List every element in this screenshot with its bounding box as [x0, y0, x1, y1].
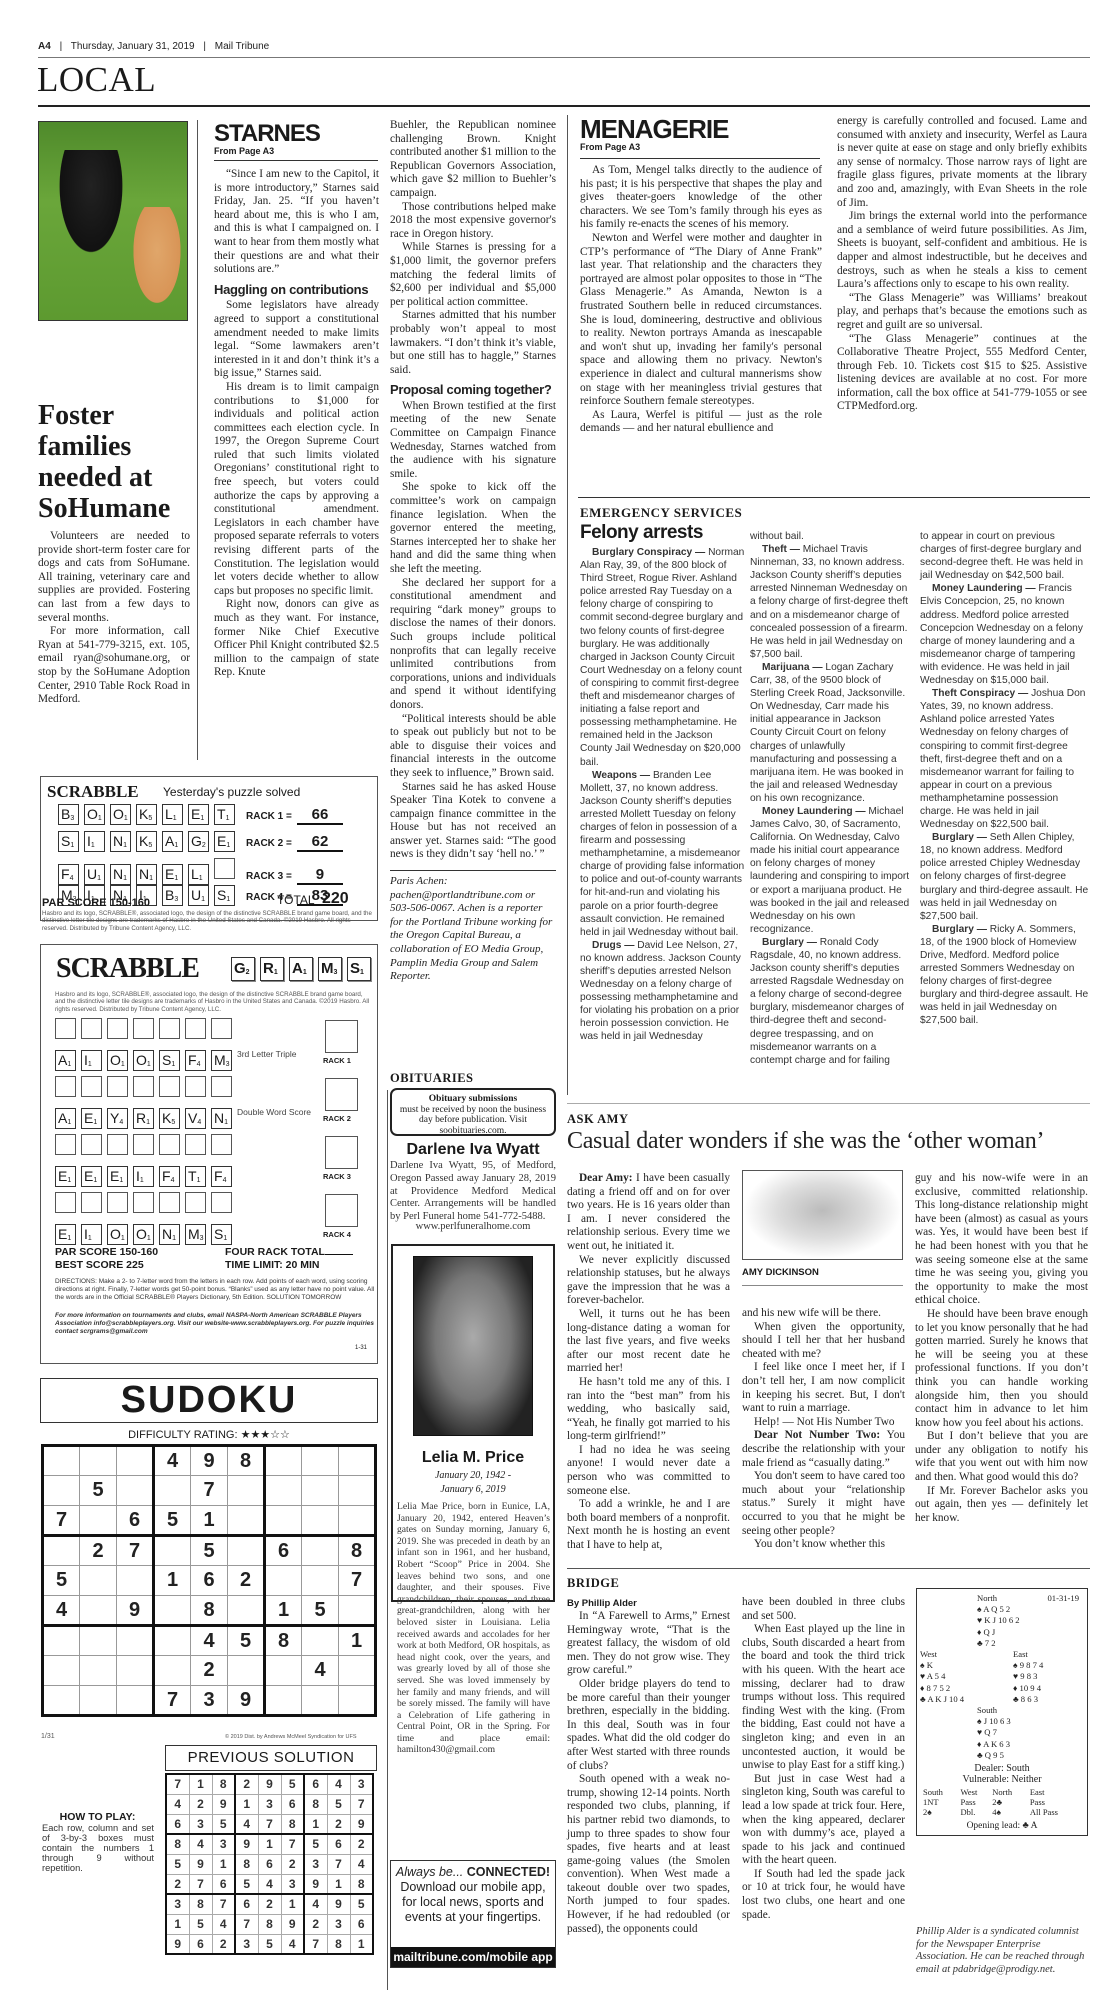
grams-more-info: For more information on tournaments and … — [55, 1312, 375, 1336]
amy-kicker: ASK AMY — [567, 1112, 629, 1127]
solution-cell: 9 — [350, 1814, 373, 1834]
auction-bid: 2♣ — [992, 1797, 1030, 1807]
letter-tile: I1 — [133, 1166, 154, 1187]
answer-tile[interactable] — [185, 1018, 206, 1039]
sudoku-cell: 5 — [154, 1506, 191, 1536]
sudoku-cell[interactable] — [43, 1656, 80, 1686]
sudoku-cell[interactable] — [80, 1626, 117, 1656]
solution-cell: 7 — [189, 1874, 212, 1894]
solution-cell: 1 — [212, 1854, 235, 1874]
bridge-tagline: Phillip Alder is a syndicated columnist … — [916, 1926, 1088, 1976]
letter-tile: A1 — [162, 831, 183, 852]
solution-cell: 2 — [350, 1834, 373, 1854]
mobile-app-url[interactable]: mailtribune.com/mobile app — [391, 1947, 555, 1967]
west-hand: West ♠ K ♥ A 5 4 ♦ 8 7 5 2 ♣ A K J 10 4 — [920, 1649, 964, 1705]
sudoku-cell[interactable] — [43, 1536, 80, 1566]
sudoku-cell[interactable] — [265, 1476, 302, 1506]
divider — [742, 1285, 903, 1286]
solution-cell: 2 — [212, 1934, 235, 1954]
solution-cell: 2 — [327, 1814, 350, 1834]
bridge-col1: In “A Farewell to Arms,” Ernest Hemingwa… — [567, 1610, 730, 1936]
sudoku-cell[interactable] — [302, 1566, 339, 1596]
solution-row: 276543918 — [166, 1874, 373, 1894]
amy-col3: guy and his now-wife were in an exclusiv… — [915, 1172, 1088, 1525]
letter-tile: A1 — [55, 1050, 76, 1071]
sudoku-cell: 9 — [191, 1446, 228, 1476]
letter-tile: I1 — [81, 1224, 102, 1245]
starnes-jump: From Page A3 — [214, 146, 274, 156]
letter-tile: S1 — [214, 885, 235, 906]
solution-row: 429136857 — [166, 1794, 373, 1814]
sudoku-cell: 5 — [43, 1566, 80, 1596]
bridge-diagram: North ♠ A Q 5 2 ♥ K J 10 6 2 ♦ Q J ♣ 7 2… — [916, 1588, 1088, 1836]
solution-row: 154789236 — [166, 1914, 373, 1934]
grams-rack-block: A1I1O1O1S1F4M33rd Letter TripleRACK 1 — [55, 1018, 375, 1071]
rack-score: 66 — [297, 806, 343, 825]
difficulty-stars-icon: ★★★☆☆ — [241, 1429, 290, 1441]
solution-cell: 1 — [281, 1894, 304, 1914]
obit-price-text: Lelia Mae Price, born in Eunice, LA, Jan… — [397, 1501, 550, 1756]
answer-tile[interactable] — [211, 1018, 232, 1039]
answer-tile[interactable] — [55, 1076, 76, 1097]
answer-tile[interactable] — [133, 1018, 154, 1039]
solution-cell: 3 — [304, 1854, 327, 1874]
sudoku-cell: 6 — [265, 1536, 302, 1566]
solution-cell: 8 — [189, 1894, 212, 1914]
starnes-col1: “Since I am new to the Capitol, it is mo… — [214, 168, 379, 680]
letter-tile: F4 — [159, 1166, 180, 1187]
solution-cell: 5 — [189, 1914, 212, 1934]
sudoku-cell[interactable] — [265, 1566, 302, 1596]
sudoku-cell[interactable] — [302, 1626, 339, 1656]
rack-score-box[interactable] — [325, 1194, 358, 1227]
scrabble-subtitle: Yesterday's puzzle solved — [163, 785, 300, 799]
solution-cell: 5 — [327, 1794, 350, 1814]
solution-cell: 7 — [350, 1794, 373, 1814]
solution-cell: 6 — [235, 1894, 258, 1914]
amy-photo-caption: AMY DICKINSON — [742, 1267, 819, 1278]
solution-cell: 4 — [212, 1914, 235, 1934]
folio-line: A4 | Thursday, January 31, 2019 | Mail T… — [38, 41, 269, 52]
answer-tile[interactable] — [107, 1134, 128, 1155]
auction-seat: North — [992, 1787, 1030, 1797]
sudoku-cell[interactable] — [302, 1506, 339, 1536]
foster-headline: Foster families needed at SoHumane — [38, 400, 193, 524]
amy-col1: Dear Amy: I have been casually dating a … — [567, 1172, 730, 1553]
menagerie-jump: From Page A3 — [580, 142, 640, 152]
grams-title-tiles: G2R1A1M3S1 — [231, 957, 376, 981]
sudoku-row: 51627 — [43, 1566, 376, 1596]
solution-cell: 4 — [166, 1794, 189, 1814]
rack-label: RACK 3 — [323, 1172, 351, 1181]
letter-tile: O1 — [107, 1224, 128, 1245]
starnes-kicker: STARNES — [214, 120, 320, 148]
solution-cell: 3 — [212, 1834, 235, 1854]
sudoku-cell[interactable] — [339, 1656, 376, 1686]
letter-tile: L1 — [188, 864, 209, 885]
solution-cell: 4 — [304, 1894, 327, 1914]
answer-tile[interactable] — [55, 1192, 76, 1213]
sudoku-cell: 6 — [191, 1566, 228, 1596]
sudoku-cell[interactable] — [80, 1566, 117, 1596]
sudoku-cell[interactable] — [339, 1476, 376, 1506]
sudoku-cell[interactable] — [339, 1596, 376, 1626]
sudoku-title: SUDOKU — [40, 1378, 378, 1423]
sudoku-cell[interactable] — [339, 1686, 376, 1716]
grams-legal: Hasbro and its logo, SCRABBLE®, associat… — [55, 991, 373, 1013]
letter-tile: S1 — [211, 1224, 232, 1245]
sudoku-cell[interactable] — [228, 1596, 265, 1626]
scrabble-rack-row: S1I1N1K5A1G2E1RACK 2 = 62 — [58, 831, 343, 852]
letter-tile: O1 — [110, 804, 131, 825]
rack-label: RACK 3 = — [246, 871, 292, 882]
page-number: A4 — [38, 41, 51, 52]
solution-cell: 3 — [327, 1914, 350, 1934]
auction-header: SouthWestNorthEast — [923, 1787, 1083, 1797]
letter-tile: E1 — [55, 1166, 76, 1187]
sudoku-cell[interactable] — [117, 1626, 154, 1656]
letter-tile: K5 — [159, 1108, 180, 1129]
solution-cell: 6 — [281, 1794, 304, 1814]
solution-cell: 6 — [304, 1774, 327, 1794]
sudoku-cell[interactable] — [154, 1626, 191, 1656]
scrabble-rack-row: B3O1O1K5L1E1T1RACK 1 = 66 — [58, 804, 343, 825]
grams-title-tile: R1 — [260, 957, 284, 981]
letter-tile: E1 — [81, 1166, 102, 1187]
solution-row: 962354781 — [166, 1934, 373, 1954]
sudoku-cell: 8 — [339, 1536, 376, 1566]
letter-tile: I1 — [84, 831, 105, 852]
obit-price-dates: January 20, 1942 - January 6, 2019 — [391, 1469, 555, 1497]
solution-cell: 7 — [258, 1814, 281, 1834]
sudoku-cell[interactable] — [265, 1686, 302, 1716]
sudoku-row: 24 — [43, 1656, 376, 1686]
scrabble-par: PAR SCORE 150-160 — [42, 897, 150, 909]
answer-tile[interactable] — [211, 1192, 232, 1213]
solution-cell: 7 — [327, 1854, 350, 1874]
solution-cell: 1 — [350, 1934, 373, 1954]
sudoku-cell[interactable] — [117, 1476, 154, 1506]
letter-tile: N1 — [110, 831, 131, 852]
solution-cell: 9 — [327, 1894, 350, 1914]
solution-cell: 1 — [327, 1874, 350, 1894]
scrabble-total: 220 — [322, 890, 349, 908]
letter-tile: U1 — [188, 885, 209, 906]
sudoku-cell[interactable] — [339, 1446, 376, 1476]
letter-tile: N1 — [136, 864, 157, 885]
solution-cell: 6 — [350, 1914, 373, 1934]
menagerie-col1: As Tom, Mengel talks directly to the aud… — [580, 164, 822, 436]
sudoku-cell: 2 — [80, 1536, 117, 1566]
solution-cell: 2 — [166, 1874, 189, 1894]
obit-price-name: Lelia M. Price — [391, 1449, 555, 1467]
sudoku-cell: 8 — [191, 1596, 228, 1626]
answer-tile[interactable] — [159, 1192, 180, 1213]
grams-title-tile: S1 — [347, 957, 371, 981]
letter-tile: E1 — [81, 1108, 102, 1129]
sudoku-row: 498 — [43, 1446, 376, 1476]
sudoku-cell: 5 — [191, 1536, 228, 1566]
answer-tile[interactable] — [185, 1076, 206, 1097]
sudoku-cell[interactable] — [117, 1446, 154, 1476]
sudoku-row: 739 — [43, 1686, 376, 1716]
answer-tile[interactable] — [185, 1134, 206, 1155]
column-rule — [197, 120, 198, 760]
solution-cell: 1 — [304, 1814, 327, 1834]
answer-tile[interactable] — [133, 1134, 154, 1155]
sudoku-credit: © 2019 Dist. by Andrews McMeel Syndicati… — [225, 1734, 357, 1740]
sudoku-cell[interactable] — [265, 1656, 302, 1686]
grams-rack-block: A1E1Y4R1K5V4N1Double Word ScoreRACK 2 — [55, 1076, 375, 1129]
grams-totals: FOUR RACK TOTAL TIME LIMIT: 20 MIN — [225, 1246, 353, 1272]
letter-tile: O1 — [107, 1050, 128, 1071]
solution-cell: 8 — [166, 1834, 189, 1854]
solution-cell: 6 — [166, 1814, 189, 1834]
sudoku-cell[interactable] — [117, 1686, 154, 1716]
solution-cell: 5 — [258, 1934, 281, 1954]
letter-tile: O1 — [133, 1050, 154, 1071]
solution-cell: 7 — [166, 1774, 189, 1794]
rack-score-box[interactable] — [325, 1020, 358, 1053]
answer-tile[interactable] — [81, 1076, 102, 1097]
letter-tile: E1 — [55, 1224, 76, 1245]
solution-cell: 4 — [350, 1854, 373, 1874]
sudoku-cell: 1 — [265, 1596, 302, 1626]
auction-seat: West — [961, 1787, 993, 1797]
sudoku-cell[interactable] — [154, 1536, 191, 1566]
rack-label: RACK 2 = — [246, 838, 292, 849]
solution-cell: 1 — [166, 1914, 189, 1934]
grams-rack-block: E1E1E1I1F4T1F4RACK 3 — [55, 1134, 375, 1187]
sudoku-cell: 1 — [191, 1506, 228, 1536]
sudoku-cell[interactable] — [43, 1476, 80, 1506]
auction-bid: Pass — [1030, 1797, 1083, 1807]
solution-cell: 8 — [258, 1914, 281, 1934]
answer-tile[interactable] — [211, 1076, 232, 1097]
letter-tile: E1 — [188, 804, 209, 825]
sudoku-cell: 4 — [191, 1626, 228, 1656]
sudoku-cell[interactable] — [302, 1446, 339, 1476]
sudoku-cell[interactable] — [228, 1656, 265, 1686]
menagerie-col2: energy is carefully controlled and focus… — [837, 115, 1087, 414]
rack-bonus-note: Double Word Score — [237, 1108, 277, 1117]
solution-cell: 2 — [235, 1774, 258, 1794]
answer-tile[interactable] — [211, 1134, 232, 1155]
sudoku-row: 27568 — [43, 1536, 376, 1566]
scrabble-logo: SCRABBLE — [47, 782, 139, 802]
solution-cell: 6 — [258, 1854, 281, 1874]
solution-cell: 3 — [281, 1874, 304, 1894]
grams-scores: PAR SCORE 150-160 BEST SCORE 225 — [55, 1246, 158, 1272]
divider — [38, 57, 1090, 58]
south-hand: South ♠ J 10 6 3 ♥ Q 7 ♦ A K 6 3 ♣ Q 9 5 — [977, 1705, 1011, 1761]
answer-tile[interactable] — [107, 1018, 128, 1039]
arrests-col2: without bail. Theft — Michael Travis Nin… — [750, 530, 910, 1067]
sudoku-cell[interactable] — [228, 1506, 265, 1536]
how-to-play-title: HOW TO PLAY: — [40, 1811, 155, 1823]
solution-cell: 3 — [235, 1934, 258, 1954]
letter-tile: L1 — [162, 804, 183, 825]
sudoku-cell[interactable] — [339, 1506, 376, 1536]
auction-bid: 2♠ — [923, 1807, 961, 1817]
sudoku-cell: 1 — [339, 1626, 376, 1656]
letter-tile: F4 — [58, 864, 79, 885]
sudoku-cell[interactable] — [154, 1596, 191, 1626]
sudoku-cell[interactable] — [80, 1506, 117, 1536]
sudoku-cell: 9 — [228, 1686, 265, 1716]
letter-tile: G2 — [188, 831, 209, 852]
opening-lead: Opening lead: ♣ A — [917, 1821, 1087, 1832]
solution-cell: 3 — [350, 1774, 373, 1794]
sudoku-cell[interactable] — [265, 1506, 302, 1536]
letter-tile: K5 — [136, 831, 157, 852]
rack-label: RACK 4 — [323, 1230, 351, 1239]
letter-tile: S1 — [58, 831, 79, 852]
solution-cell: 7 — [212, 1894, 235, 1914]
sudoku-cell: 1 — [154, 1566, 191, 1596]
answer-tile[interactable] — [133, 1192, 154, 1213]
sudoku-cell[interactable] — [43, 1446, 80, 1476]
answer-tile[interactable] — [159, 1134, 180, 1155]
sudoku-row: 7651 — [43, 1506, 376, 1536]
bridge-kicker: BRIDGE — [567, 1576, 619, 1591]
sudoku-cell[interactable] — [80, 1686, 117, 1716]
letter-tile: N1 — [211, 1108, 232, 1129]
divider — [214, 160, 378, 161]
auction-row: 1NTPass2♣Pass — [923, 1797, 1083, 1807]
sudoku-cell[interactable] — [228, 1476, 265, 1506]
solution-cell: 7 — [235, 1914, 258, 1934]
sudoku-cell[interactable] — [265, 1446, 302, 1476]
solution-cell: 2 — [258, 1894, 281, 1914]
solution-cell: 1 — [258, 1834, 281, 1854]
solution-cell: 9 — [258, 1774, 281, 1794]
answer-tile[interactable] — [81, 1192, 102, 1213]
letter-tile: N1 — [110, 864, 131, 885]
solution-cell: 3 — [189, 1814, 212, 1834]
answer-tile[interactable] — [159, 1076, 180, 1097]
solution-cell: 5 — [350, 1894, 373, 1914]
sudoku-grid: 498577651275685162749815458124739 — [41, 1444, 377, 1717]
answer-tile[interactable] — [81, 1018, 102, 1039]
sudoku-cell[interactable] — [302, 1536, 339, 1566]
sudoku-cell: 7 — [339, 1566, 376, 1596]
answer-tile[interactable] — [185, 1192, 206, 1213]
mobile-app-ad[interactable]: Always be... CONNECTED! Download our mob… — [390, 1860, 556, 1968]
pets-photo — [38, 121, 188, 321]
auction-seat: South — [923, 1787, 961, 1797]
letter-tile: V4 — [185, 1108, 206, 1129]
grams-rack-block: E1I1O1O1N1M3S1RACK 4 — [55, 1192, 375, 1245]
solution-cell: 4 — [189, 1834, 212, 1854]
sudoku-cell[interactable] — [43, 1626, 80, 1656]
solution-cell: 6 — [212, 1874, 235, 1894]
letter-tile: E1 — [214, 831, 235, 852]
solution-cell: 8 — [235, 1854, 258, 1874]
sudoku-cell[interactable] — [80, 1656, 117, 1686]
divider — [578, 497, 1090, 498]
amy-photo — [742, 1170, 903, 1260]
answer-tile[interactable] — [107, 1076, 128, 1097]
sudoku-cell[interactable] — [80, 1446, 117, 1476]
how-to-play-text: Each row, column and set of 3-by-3 boxes… — [42, 1823, 154, 1873]
auction-bid: 4♠ — [992, 1807, 1030, 1817]
solution-cell: 6 — [189, 1934, 212, 1954]
solution-cell: 9 — [304, 1874, 327, 1894]
obituary-notice: Obituary submissions must be received by… — [390, 1088, 556, 1136]
sudoku-cell: 7 — [154, 1686, 191, 1716]
solution-cell: 5 — [212, 1814, 235, 1834]
solution-cell: 9 — [212, 1794, 235, 1814]
solution-cell: 4 — [258, 1874, 281, 1894]
letter-tile: O1 — [133, 1224, 154, 1245]
letter-tile: M3 — [185, 1224, 206, 1245]
diagram-date: 01-31-19 — [1047, 1593, 1079, 1604]
sudoku-cell[interactable] — [228, 1536, 265, 1566]
solution-cell: 3 — [166, 1894, 189, 1914]
sudoku-cell[interactable] — [117, 1566, 154, 1596]
rack-score-box[interactable] — [325, 1136, 358, 1169]
solution-cell: 9 — [281, 1914, 304, 1934]
answer-tile[interactable] — [159, 1018, 180, 1039]
divider — [580, 158, 820, 159]
answer-tile[interactable] — [107, 1192, 128, 1213]
issue-date: Thursday, January 31, 2019 — [71, 41, 195, 52]
sudoku-cell[interactable] — [302, 1476, 339, 1506]
east-hand: East ♠ 9 8 7 4 ♥ 9 8 3 ♦ 10 9 4 ♣ 8 6 3 — [1013, 1649, 1043, 1705]
bridge-col2: have been doubled in three clubs and set… — [742, 1596, 905, 1922]
solution-cell: 8 — [327, 1934, 350, 1954]
solution-cell: 2 — [304, 1914, 327, 1934]
sudoku-cell[interactable] — [154, 1476, 191, 1506]
solution-row: 843917562 — [166, 1834, 373, 1854]
previous-solution-grid: 7182956434291368576354781298439175625918… — [165, 1773, 374, 1955]
answer-tile[interactable] — [55, 1018, 76, 1039]
rack-label: RACK 1 — [323, 1056, 351, 1065]
rack-score-box[interactable] — [325, 1078, 358, 1111]
sudoku-cell[interactable] — [302, 1686, 339, 1716]
sudoku-cell[interactable] — [80, 1596, 117, 1626]
solution-row: 591862374 — [166, 1854, 373, 1874]
sudoku-cell[interactable] — [154, 1656, 191, 1686]
obit-wyatt-name: Darlene Iva Wyatt — [390, 1141, 556, 1159]
solution-cell: 1 — [189, 1774, 212, 1794]
grams-logo: SCRABBLE — [56, 953, 199, 985]
emergency-kicker: EMERGENCY SERVICES — [580, 505, 742, 521]
divider — [567, 1568, 1090, 1569]
paper-name: Mail Tribune — [215, 41, 269, 52]
grams-title-tile: G2 — [231, 957, 255, 981]
sudoku-cell: 8 — [228, 1446, 265, 1476]
letter-tile: B3 — [58, 804, 79, 825]
arrests-col3: to appear in court on previous charges o… — [920, 530, 1090, 1028]
sudoku-cell[interactable] — [117, 1656, 154, 1686]
sudoku-cell: 8 — [265, 1626, 302, 1656]
sudoku-cell: 7 — [191, 1476, 228, 1506]
sudoku-cell: 7 — [43, 1506, 80, 1536]
sudoku-difficulty: DIFFICULTY RATING: ★★★☆☆ — [40, 1428, 378, 1441]
obit-wyatt-url[interactable]: www.perlfuneralhome.com — [390, 1221, 556, 1234]
answer-tile[interactable] — [133, 1076, 154, 1097]
sudoku-cell[interactable] — [43, 1686, 80, 1716]
answer-tile[interactable] — [55, 1134, 76, 1155]
letter-tile: O1 — [84, 804, 105, 825]
scrabble-total-label: TOTAL — [277, 893, 315, 907]
answer-tile[interactable] — [81, 1134, 102, 1155]
starnes-subhead-2: Proposal coming together? — [390, 383, 556, 397]
solution-cell: 9 — [166, 1934, 189, 1954]
letter-tile: K5 — [136, 804, 157, 825]
